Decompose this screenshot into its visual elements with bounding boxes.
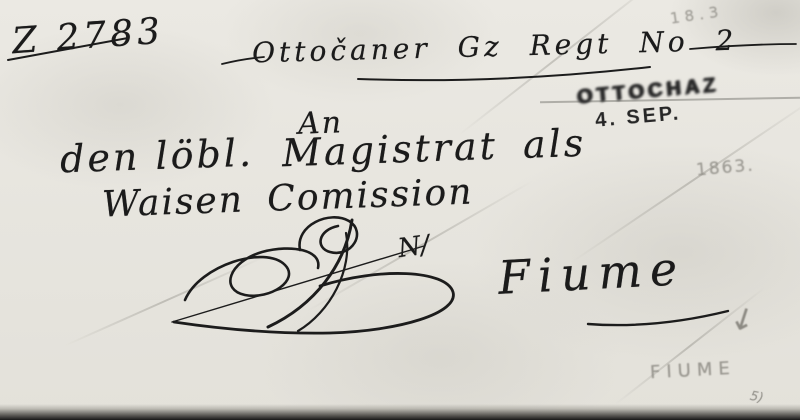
fiume-underline (588, 311, 728, 325)
paper-crease (64, 255, 266, 346)
letter-scan: Z 2783 Ottočaner Gz Regt No 2 OTTOCHAZ 4… (0, 0, 800, 420)
postmark: OTTOCHAZ 4. SEP. (576, 74, 722, 134)
pencil-down-arrow-icon: ↓ (725, 300, 760, 341)
pencil-year-note: 1863. (695, 155, 755, 180)
number-abbreviation-mark: N/ (396, 230, 431, 264)
regiment-header-line: Ottočaner Gz Regt No 2 (252, 24, 738, 70)
registry-number: Z 2783 (11, 11, 166, 63)
destination-fiume: Fiume (497, 241, 687, 305)
scan-bottom-edge (0, 404, 800, 420)
pencil-fiume-label: FIUME (650, 358, 737, 383)
header-underline (358, 67, 650, 80)
address-line-bottom: Waisen Comission (101, 172, 474, 226)
address-line-left: den löbl. (59, 131, 254, 182)
address-line-right: Magistrat als (281, 121, 587, 176)
